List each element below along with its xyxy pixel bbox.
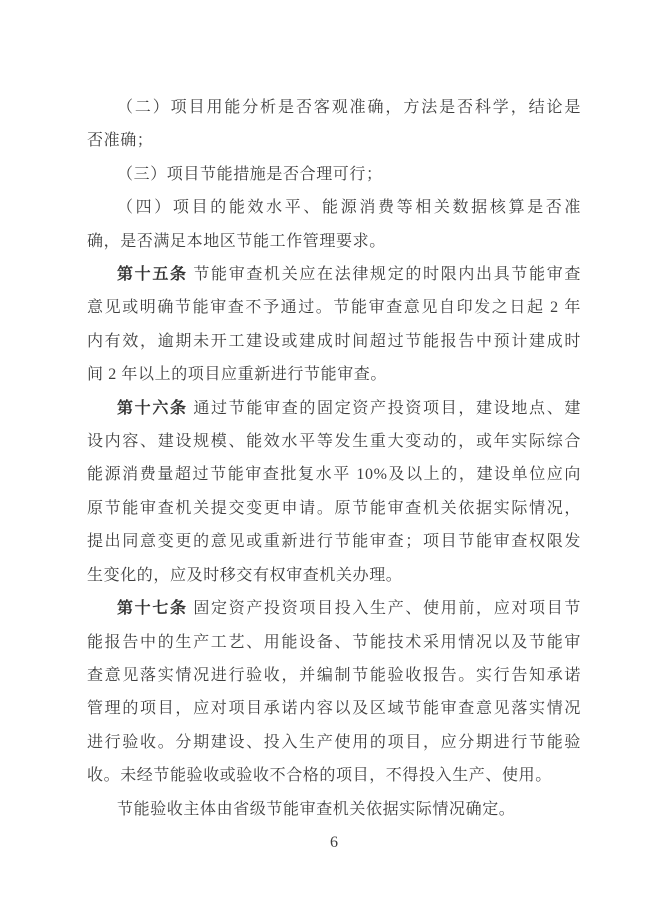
text-segment: 能报告中的生产工艺、用能设备、节能技术采用情况以及节能审 (87, 634, 581, 651)
text-segment: 能源消费量超过节能审查批复水平 10%及以上的，建设单位应向 (87, 466, 581, 483)
text-segment: 设内容、建设规模、能效水平等发生重大变动的，或年实际综合 (87, 433, 581, 450)
acceptance-authority-note: 节能验收主体由省级节能审查机关依据实际情况确定。 (87, 793, 581, 826)
text-segment: 否准确； (87, 132, 153, 149)
text-line: 第十七条 固定资产投资项目投入生产、使用前，应对项目节 (87, 592, 581, 625)
document-page: （二）项目用能分析是否客观准确，方法是否科学，结论是否准确；（三）项目节能措施是… (0, 0, 665, 922)
text-segment: 意见或明确节能审查不予通过。节能审查意见自印发之日起 2 年 (87, 299, 581, 316)
text-segment: 节能验收主体由省级节能审查机关依据实际情况确定。 (117, 801, 515, 818)
text-segment: 通过节能审查的固定资产投资项目，建设地点、建 (188, 400, 581, 417)
article-17: 第十七条 固定资产投资项目投入生产、使用前，应对项目节能报告中的生产工艺、用能设… (87, 592, 581, 792)
clause-item-2: （二）项目用能分析是否客观准确，方法是否科学，结论是否准确； (87, 91, 581, 158)
text-segment: 生变化的，应及时移交有权审查机关办理。 (87, 567, 402, 584)
article-number: 第十六条 (117, 400, 188, 417)
text-line: 内有效，逾期未开工建设或建成时间超过节能报告中预计建成时 (87, 325, 581, 358)
text-segment: 节能审查机关应在法律规定的时限内出具节能审查 (188, 266, 581, 283)
text-segment: 内有效，逾期未开工建设或建成时间超过节能报告中预计建成时 (87, 333, 581, 350)
text-segment: 进行验收。分期建设、投入生产使用的项目，应分期进行节能验 (87, 734, 581, 751)
text-line: 否准确； (87, 124, 581, 157)
text-line: 收。未经节能验收或验收不合格的项目，不得投入生产、使用。 (87, 759, 581, 792)
text-segment: 固定资产投资项目投入生产、使用前，应对项目节 (188, 600, 581, 617)
document-body: （二）项目用能分析是否客观准确，方法是否科学，结论是否准确；（三）项目节能措施是… (87, 91, 581, 826)
text-segment: 确，是否满足本地区节能工作管理要求。 (87, 233, 386, 250)
text-line: 第十六条 通过节能审查的固定资产投资项目，建设地点、建 (87, 392, 581, 425)
text-line: （三）项目节能措施是否合理可行； (87, 158, 581, 191)
article-number: 第十五条 (117, 266, 188, 283)
text-segment: （四）项目的能效水平、能源消费等相关数据核算是否准 (117, 199, 581, 216)
article-15: 第十五条 节能审查机关应在法律规定的时限内出具节能审查意见或明确节能审查不予通过… (87, 258, 581, 392)
text-line: （二）项目用能分析是否客观准确，方法是否科学，结论是 (87, 91, 581, 124)
clause-item-3: （三）项目节能措施是否合理可行； (87, 158, 581, 191)
text-line: 第十五条 节能审查机关应在法律规定的时限内出具节能审查 (87, 258, 581, 291)
text-line: 能报告中的生产工艺、用能设备、节能技术采用情况以及节能审 (87, 626, 581, 659)
text-segment: 原节能审查机关提交变更申请。原节能审查机关依据实际情况， (87, 500, 581, 517)
text-segment: 收。未经节能验收或验收不合格的项目，不得投入生产、使用。 (87, 767, 552, 784)
text-line: 节能验收主体由省级节能审查机关依据实际情况确定。 (87, 793, 581, 826)
text-segment: 管理的项目，应对项目承诺内容以及区域节能审查意见落实情况 (87, 700, 581, 717)
page-number: 6 (87, 826, 581, 859)
text-line: 意见或明确节能审查不予通过。节能审查意见自印发之日起 2 年 (87, 291, 581, 324)
text-line: 间 2 年以上的项目应重新进行节能审查。 (87, 358, 581, 391)
text-line: 生变化的，应及时移交有权审查机关办理。 (87, 559, 581, 592)
text-line: 设内容、建设规模、能效水平等发生重大变动的，或年实际综合 (87, 425, 581, 458)
article-number: 第十七条 (117, 600, 188, 617)
text-segment: 查意见落实情况进行验收，并编制节能验收报告。实行告知承诺 (87, 667, 581, 684)
article-16: 第十六条 通过节能审查的固定资产投资项目，建设地点、建设内容、建设规模、能效水平… (87, 392, 581, 592)
text-segment: 提出同意变更的意见或重新进行节能审查；项目节能审查权限发 (87, 533, 581, 550)
text-line: （四）项目的能效水平、能源消费等相关数据核算是否准 (87, 191, 581, 224)
text-line: 进行验收。分期建设、投入生产使用的项目，应分期进行节能验 (87, 726, 581, 759)
text-line: 能源消费量超过节能审查批复水平 10%及以上的，建设单位应向 (87, 458, 581, 491)
text-segment: （三）项目节能措施是否合理可行； (117, 166, 383, 183)
text-line: 确，是否满足本地区节能工作管理要求。 (87, 225, 581, 258)
text-line: 管理的项目，应对项目承诺内容以及区域节能审查意见落实情况 (87, 692, 581, 725)
text-line: 查意见落实情况进行验收，并编制节能验收报告。实行告知承诺 (87, 659, 581, 692)
text-segment: （二）项目用能分析是否客观准确，方法是否科学，结论是 (117, 99, 581, 116)
text-line: 原节能审查机关提交变更申请。原节能审查机关依据实际情况， (87, 492, 581, 525)
clause-item-4: （四）项目的能效水平、能源消费等相关数据核算是否准确，是否满足本地区节能工作管理… (87, 191, 581, 258)
text-segment: 间 2 年以上的项目应重新进行节能审查。 (87, 366, 387, 383)
text-line: 提出同意变更的意见或重新进行节能审查；项目节能审查权限发 (87, 525, 581, 558)
